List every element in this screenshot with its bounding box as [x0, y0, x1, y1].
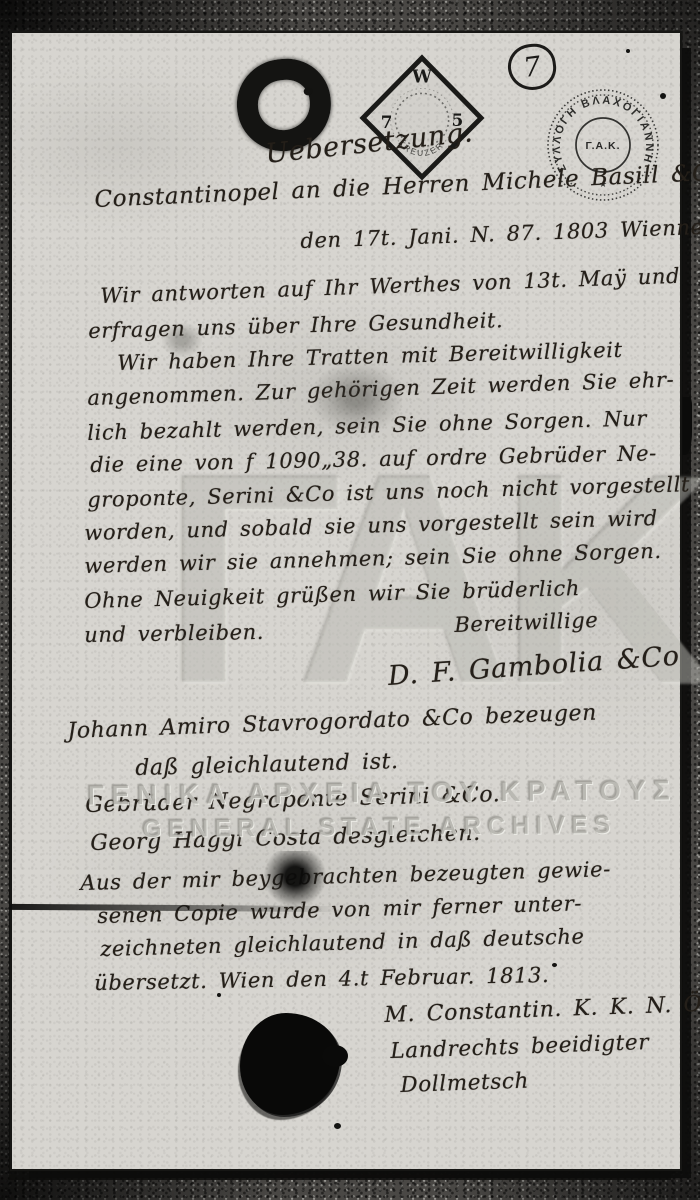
body-line: angenommen. Zur gehörigen Zeit werden Si… — [87, 368, 675, 410]
ink-dot — [303, 87, 313, 96]
translator-line: Landrechts beeidigter — [390, 1030, 650, 1064]
archive-watermark-english: GENERAL STATE ARCHIVES — [142, 811, 616, 844]
note-line: Aus der mir beygebrachten bezeugten gewi… — [80, 857, 611, 895]
ink-speck — [217, 993, 221, 997]
note-line: zeichneten gleichlautend in daß deutsche — [100, 924, 585, 961]
closing: Bereitwillige — [454, 608, 599, 637]
revenue-stamp-letter-w: W — [411, 67, 433, 88]
body-line: Wir antworten auf Ihr Werthes von 13t. M… — [100, 264, 680, 308]
body-line: die eine von f 1090„38. auf ordre Gebrüd… — [90, 441, 657, 477]
ink-blot-bump — [322, 1045, 348, 1067]
ink-speck — [552, 963, 557, 967]
date-line: den 17t. Jani. N. 87. 1803 Wienne — [300, 215, 700, 253]
body-line: Ohne Neuigkeit grüßen wir Sie brüderlich — [84, 576, 580, 613]
note-line: übersetzt. Wien den 4.t Februar. 1813. — [94, 963, 549, 995]
signature-line: D. F. Gambolia &Co — [387, 641, 681, 692]
translator-line: Dollmetsch — [400, 1069, 529, 1098]
page-number: 7 — [522, 51, 543, 84]
body-line: Wir haben Ihre Tratten mit Bereitwilligk… — [117, 338, 623, 375]
archive-watermark-greek: ΓΕΝΙΚΑ ΑΡΧΕΙΑ ΤΟΥ ΚΡΑΤΟΥΣ — [87, 774, 677, 811]
body-line: erfragen uns über Ihre Gesundheit. — [88, 308, 504, 343]
body-line: und verbleiben. — [84, 620, 264, 647]
fold-crease — [10, 904, 340, 912]
archive-stamp-ring-text: ΣΥΛΛΟΓΗ ΒΛΑΧΟΓΙΑΝΝΗ — [551, 94, 655, 173]
body-line: worden, und sobald sie uns vorgestellt s… — [84, 506, 658, 545]
body-line: lich bezahlt werden, sein Sie ohne Sorge… — [87, 406, 647, 445]
translator-line: M. Constantin. K. K. N. Ör — [384, 992, 700, 1028]
film-background: ΓΑΚ W 7 5 KREUZER 7 — [0, 0, 700, 1200]
ink-speck — [334, 1123, 341, 1129]
ink-blot — [240, 1013, 340, 1115]
body-line: werden wir sie annehmen; sein Sie ohne S… — [84, 539, 662, 578]
archive-stamp-center-text: Γ.Α.Κ. — [585, 140, 620, 152]
svg-text:ΣΥΛΛΟΓΗ ΒΛΑΧΟΓΙΑΝΝΗ: ΣΥΛΛΟΓΗ ΒΛΑΧΟΓΙΑΝΝΗ — [551, 94, 655, 173]
ink-speck — [626, 49, 630, 53]
attest-line: Johann Amiro Stavrogordato &Co bezeugen — [67, 701, 597, 744]
document-page: ΓΑΚ W 7 5 KREUZER 7 — [10, 31, 682, 1171]
body-line: groponte, Serini &Co ist uns noch nicht … — [87, 472, 690, 512]
ink-speck — [660, 93, 666, 99]
